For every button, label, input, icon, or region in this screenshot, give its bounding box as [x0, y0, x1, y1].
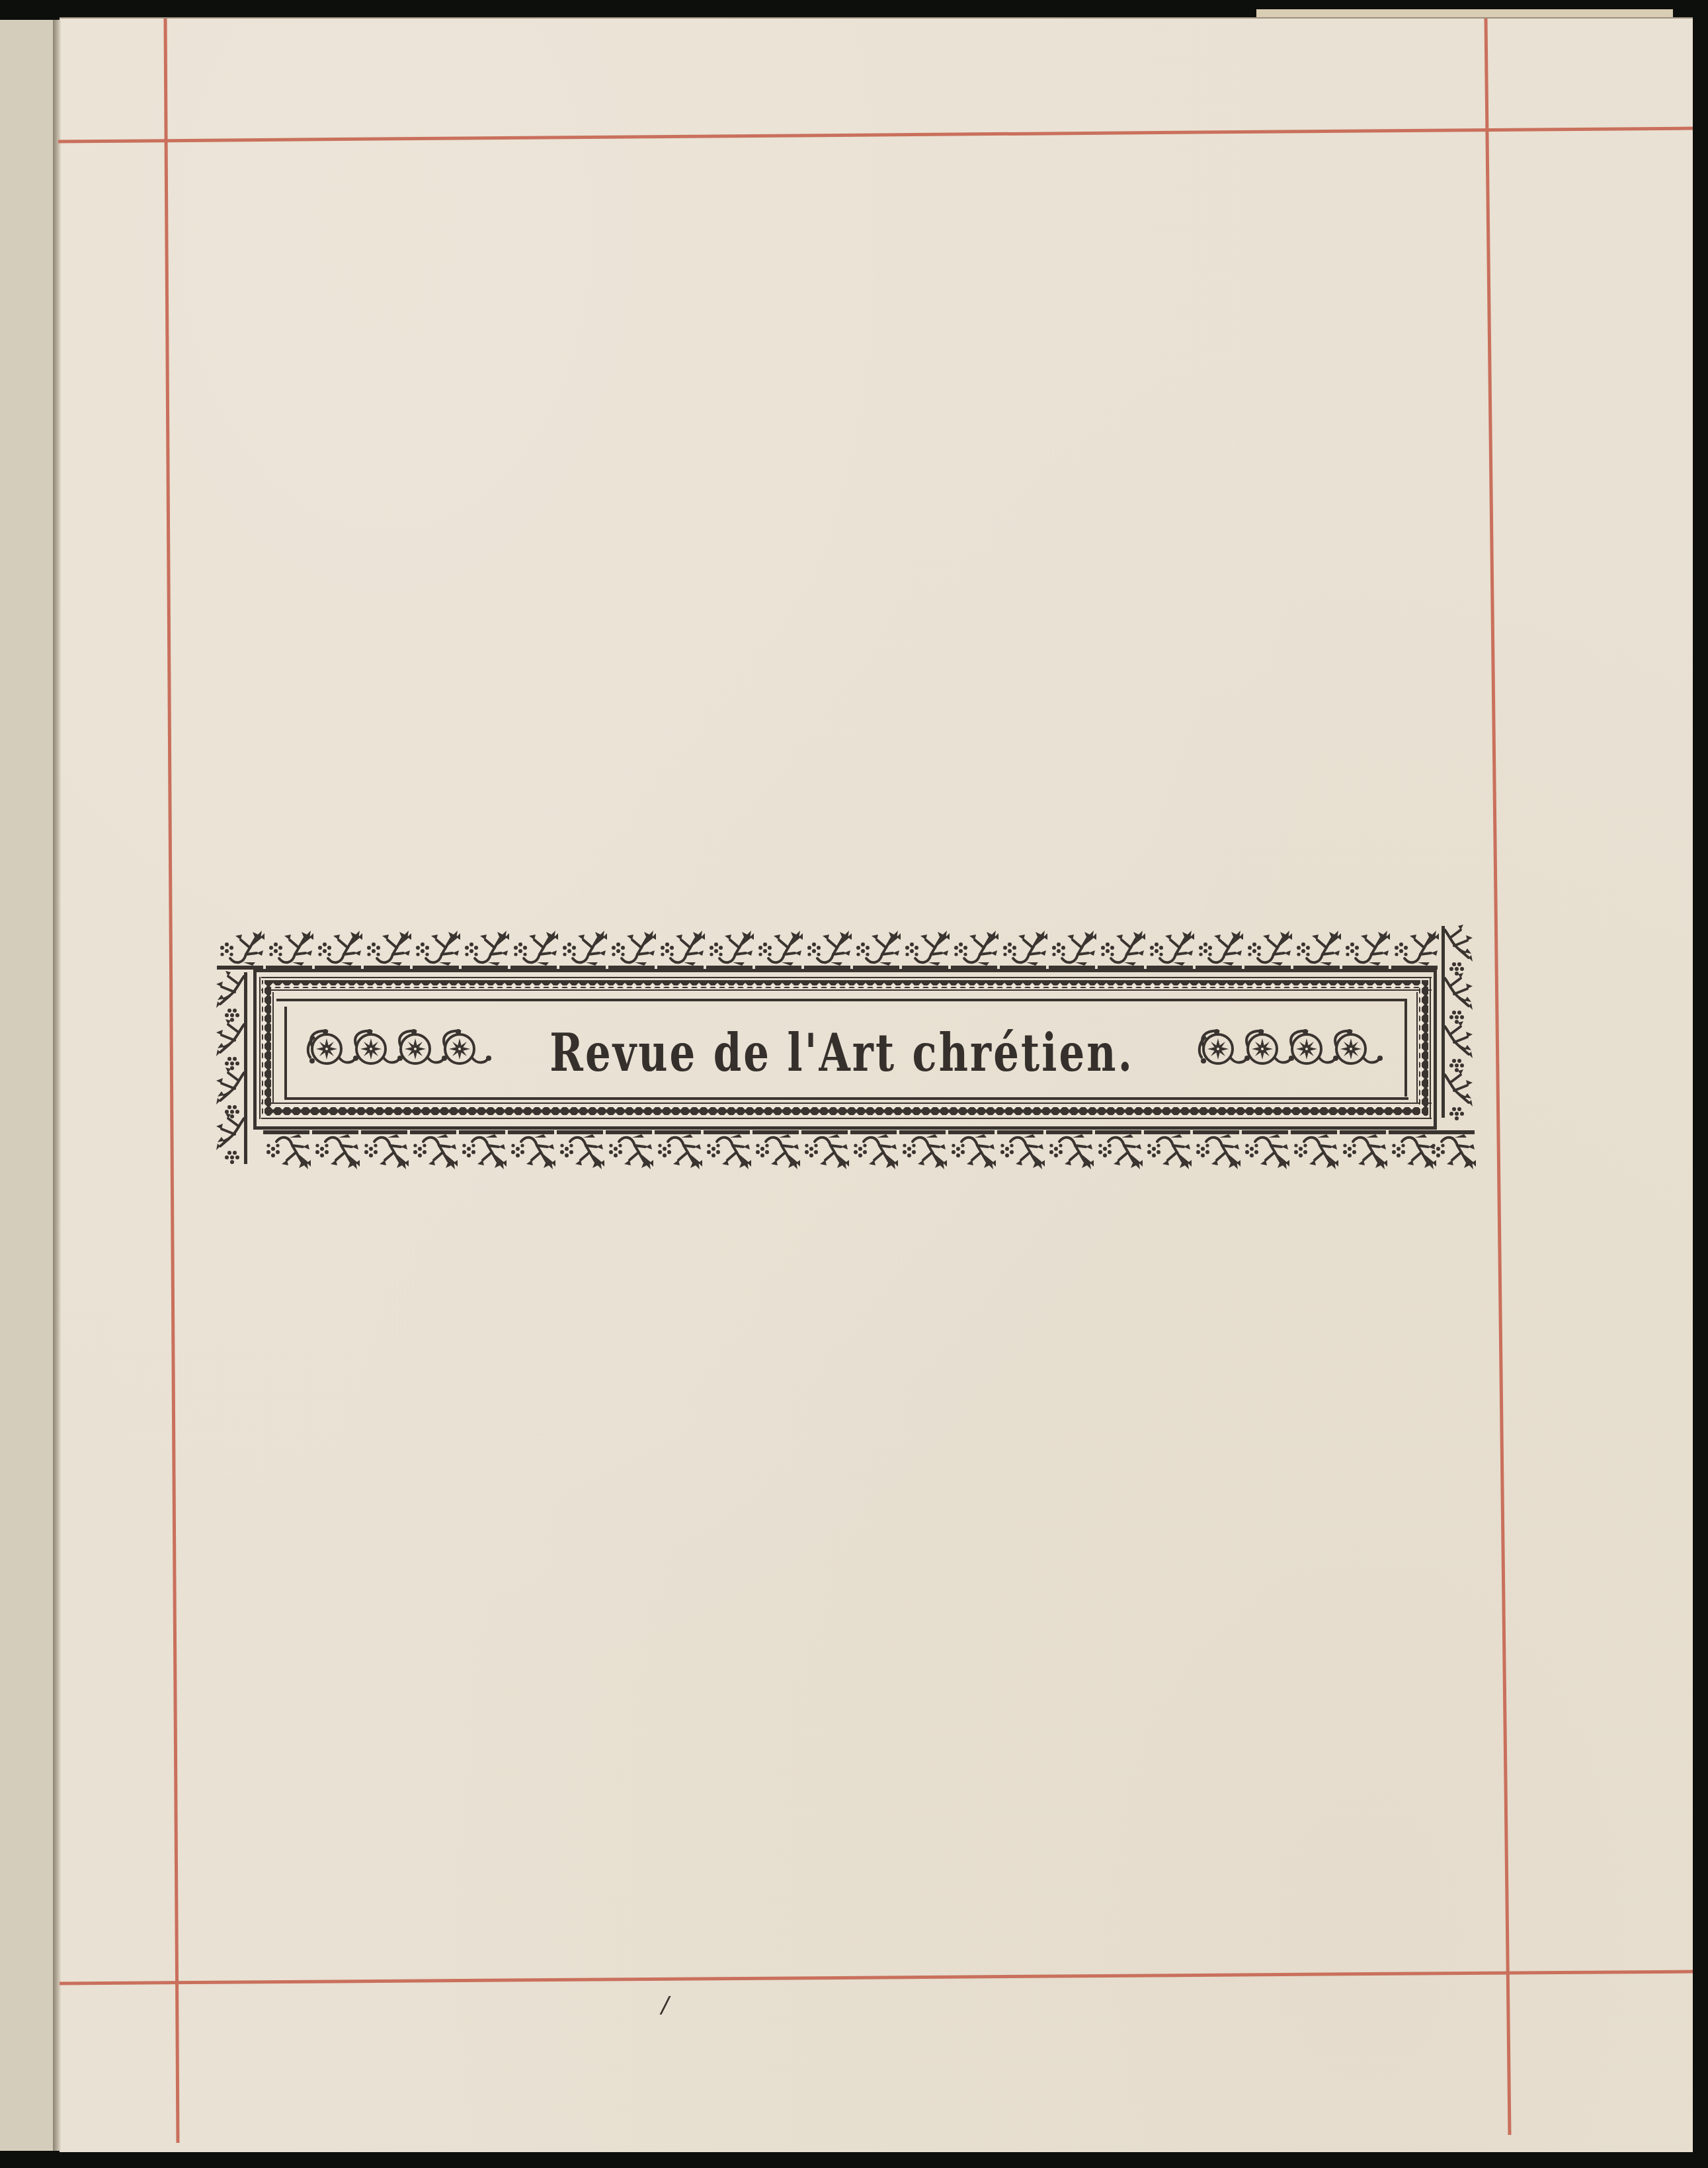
right-foliage-border: [1442, 925, 1473, 1120]
bottom-foliage-border: [263, 1130, 1476, 1169]
page-title: Revue de l'Art chrétien.: [509, 1021, 1174, 1087]
top-foliage-border: [217, 931, 1439, 970]
right-rosette-ornament: [1200, 1029, 1383, 1063]
left-rosette-ornament: [308, 1029, 491, 1063]
left-foliage-border: [216, 971, 247, 1164]
signature-mark: /: [661, 1992, 669, 2019]
